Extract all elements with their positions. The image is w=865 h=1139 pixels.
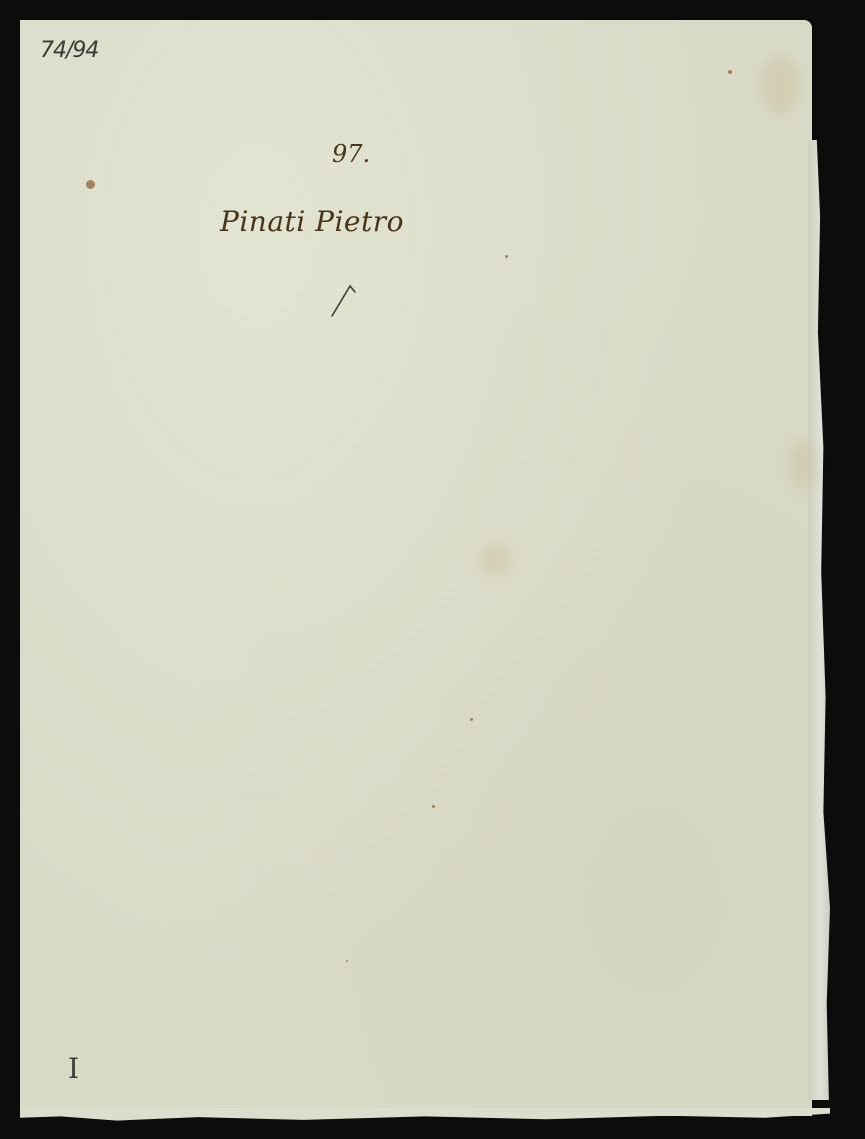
pencil-check-mark	[330, 280, 360, 320]
item-number: 97.	[332, 140, 370, 168]
manuscript-page	[20, 20, 812, 1116]
torn-bottom-edge	[20, 1108, 830, 1122]
person-name: Pinati Pietro	[220, 205, 404, 238]
ink-spot	[470, 718, 473, 721]
roman-numeral: I	[68, 1052, 79, 1085]
ink-spot	[346, 960, 348, 962]
ink-spot	[505, 255, 508, 258]
torn-right-edge	[808, 140, 830, 1100]
foxing-stain	[480, 545, 510, 575]
archive-number: 74/94	[40, 38, 98, 63]
ink-spot	[432, 805, 435, 808]
foxing-stain	[760, 55, 800, 115]
ink-spot	[86, 180, 95, 189]
ink-spot	[728, 70, 732, 74]
foxing-stain	[790, 440, 815, 490]
